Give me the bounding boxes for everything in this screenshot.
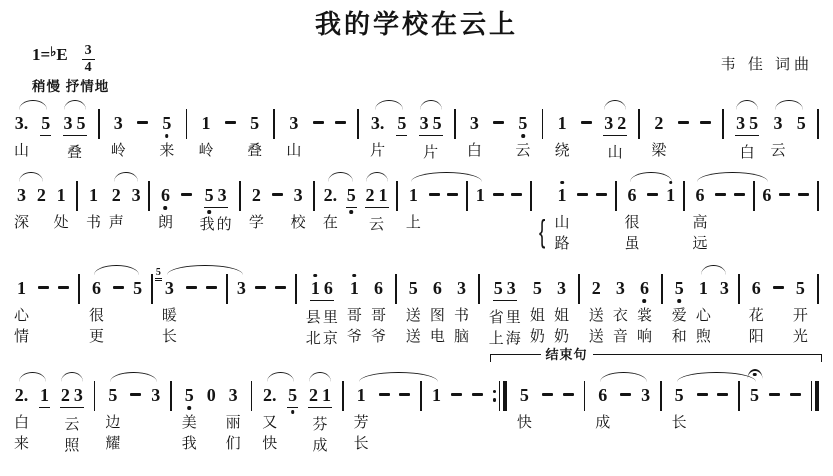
note-token: 2学 [249, 184, 264, 253]
note-token [779, 184, 790, 253]
tempo-marking: 稍慢 抒情地 [32, 75, 819, 95]
slur-or-tie [328, 172, 353, 182]
lyric-syllable: 电 [430, 327, 445, 346]
note: 5 [162, 112, 171, 134]
lyric-syllable: 很 [625, 213, 640, 232]
barline [148, 181, 150, 211]
time-signature: 3 4 [82, 44, 95, 76]
note-figure: 6 [628, 184, 637, 206]
lyric-syllable: 长 [162, 327, 177, 346]
note-figure: 23 [60, 384, 84, 408]
lyric-syllable: 长 [672, 413, 687, 432]
slur-or-tie [600, 372, 647, 382]
note-token: 5叠 [247, 112, 262, 160]
note-figure: 5 [250, 112, 259, 134]
note: 6 [433, 277, 442, 299]
note-figure: 32 [603, 112, 627, 136]
note-token [798, 184, 809, 253]
beat-dash [493, 121, 504, 124]
note-token: 2.又快 [262, 384, 277, 453]
lyric-syllable: 哥 [347, 306, 362, 325]
beat-dash [225, 121, 236, 124]
lyric-syllable: 片 [370, 141, 385, 160]
repeat-dots [493, 390, 497, 402]
note: 3 [616, 277, 625, 299]
note-figure [542, 384, 553, 406]
note-figure [790, 384, 801, 406]
notation-items: 2.白来123云照5边耀35美我03丽们2.又快521芬成1芳长15快6成35长… [14, 384, 819, 455]
lyric-syllable: 县 [306, 308, 321, 327]
lyric-syllable: 响 [637, 327, 652, 346]
note-token: 3深 [14, 184, 29, 253]
note-token: 53我的 [200, 184, 232, 255]
barline [722, 109, 724, 139]
note-figure: 2 [252, 184, 261, 206]
barline [738, 381, 740, 411]
lyric-syllable: 暖 [162, 306, 177, 325]
beat-dash [113, 286, 124, 289]
meter-denominator: 4 [85, 60, 92, 76]
note: 5 [250, 112, 259, 134]
note-figure [272, 184, 283, 206]
slur [64, 100, 86, 110]
beat-dash [447, 193, 458, 196]
note-figure [620, 384, 631, 406]
slur-or-tie [697, 172, 768, 182]
note: 1 [17, 277, 26, 299]
note-figure: 5 [287, 384, 298, 408]
note-figure: 6 [640, 277, 649, 299]
beat-dash [790, 393, 801, 396]
ending-phrase-bracket: 结束句 [490, 354, 822, 362]
note-token: 3岭 [111, 112, 126, 160]
note: 6 [628, 184, 637, 206]
note: 1 [57, 184, 66, 206]
note: 2 [654, 112, 663, 134]
note-figure: 2 [112, 184, 121, 206]
note-figure: 6 [374, 277, 383, 299]
note: 3 [457, 277, 466, 299]
note: 5 [796, 277, 805, 299]
note-figure: 5 [346, 184, 357, 208]
note-figure: 3 [289, 112, 298, 134]
note-token: 3云 [770, 112, 785, 160]
note-token: 6 [762, 184, 771, 253]
notation-line-4: 结束句 2.白来123云照5边耀35美我03丽们2.又快521芬成1芳长15快6… [14, 353, 819, 455]
note-figure: 3 [457, 277, 466, 299]
note-figure: 3 [229, 384, 238, 406]
note-token: 21芬成 [308, 384, 332, 455]
note: 2 [366, 184, 375, 206]
note-figure [38, 277, 49, 299]
note-figure [225, 112, 236, 134]
note-token: 5 [346, 184, 357, 255]
note-figure: 35 [735, 112, 759, 136]
note: 5 [77, 112, 86, 134]
note: 3 [229, 384, 238, 406]
lyric-syllable: 声 [109, 213, 124, 232]
note-figure: 1 [89, 184, 98, 206]
note: 2. [15, 384, 29, 406]
barline [478, 274, 480, 304]
barline [396, 181, 398, 211]
note-figure: 21 [308, 384, 332, 408]
barline [578, 274, 580, 304]
note-figure: 2. [263, 384, 277, 406]
note-token: 1芳长 [354, 384, 369, 453]
note-token: 3校 [291, 184, 306, 253]
note-token: 1 [666, 184, 675, 253]
note-token: 0 [207, 384, 216, 453]
note-figure: 3 [773, 112, 782, 134]
lyric-syllable: 处 [54, 213, 69, 232]
note: 3 [114, 112, 123, 134]
note-token: 2声 [109, 184, 124, 253]
note-figure [399, 384, 410, 406]
note: 5 [397, 112, 406, 134]
beat-dash [769, 393, 780, 396]
notation-line-2: 3深21处1书2声36朗53我的2学3校2.在521云1上1{1山路6很虽16高… [14, 167, 819, 255]
note: 2 [112, 184, 121, 206]
note-token: 5长 [672, 384, 687, 453]
beat-dash [779, 193, 790, 196]
lyric-syllable: 岭 [111, 141, 126, 160]
note: 3 [237, 277, 246, 299]
barline-thick [503, 381, 507, 411]
note: 3 [74, 384, 83, 406]
slur [736, 100, 758, 110]
lyric-syllable: 校 [291, 213, 306, 232]
note-token: 5 [797, 112, 806, 160]
note-figure [379, 384, 390, 406]
note: 3 [289, 112, 298, 134]
note-figure: 3. [371, 112, 385, 134]
note-token [717, 384, 728, 453]
barline [817, 181, 819, 211]
lyric-syllable: 脑 [454, 327, 469, 346]
lyric-syllable: 我的 [200, 215, 232, 234]
lyric-syllable: 梁 [651, 141, 666, 160]
note: 5 [675, 384, 684, 406]
barline [170, 381, 172, 411]
note-token: 1心煦 [696, 277, 711, 346]
note-figure: 5 [518, 112, 527, 134]
note-token [577, 184, 588, 253]
lyric-syllable: 送 [589, 306, 604, 325]
barline [466, 181, 468, 211]
barline [817, 109, 819, 139]
beat-dash [275, 286, 286, 289]
lyric-syllable: 爱 [672, 306, 687, 325]
beat-dash [577, 193, 588, 196]
lyric-syllable: 奶 [554, 327, 569, 346]
note-figure: 6 [598, 384, 607, 406]
slur-or-tie [677, 372, 756, 382]
note-token: 35叠 [63, 112, 87, 162]
lyric-syllable: 长 [354, 434, 369, 453]
note: 1 [311, 277, 320, 299]
lyric-syllable: 成 [313, 436, 328, 455]
note: 3 [294, 184, 303, 206]
note-token: 1书 [86, 184, 101, 253]
repeat-barline [493, 381, 507, 411]
flat-icon: ♭ [50, 44, 56, 59]
note: 3 [17, 184, 26, 206]
beat-dash [272, 193, 283, 196]
beat-dash [511, 193, 522, 196]
note-token [697, 384, 708, 453]
lyric-syllable: 京 [323, 329, 338, 348]
note-figure: 1 [202, 112, 211, 134]
barline [638, 109, 640, 139]
note: 5 [108, 384, 117, 406]
note-figure: 3 [237, 277, 246, 299]
octave-dot-below [187, 406, 191, 410]
note-token: 3白 [467, 112, 482, 160]
lyric-syllable: 阳 [749, 327, 764, 346]
beat-dash [596, 193, 607, 196]
note-figure [255, 277, 266, 299]
note-figure: 2 [592, 277, 601, 299]
beat-dash [206, 286, 217, 289]
note-figure [715, 184, 726, 206]
brace-icon: { [539, 211, 545, 252]
note-figure: 1 [666, 184, 675, 206]
beat-dash [563, 393, 574, 396]
note-token: 5边耀 [105, 384, 120, 453]
note: 3 [604, 112, 613, 134]
note: 3 [507, 277, 516, 299]
note-figure [451, 384, 462, 406]
note-token [493, 112, 504, 160]
note-token [472, 384, 483, 453]
note-figure: 1 [57, 184, 66, 206]
slur-or-tie [701, 265, 726, 275]
note-figure [335, 112, 346, 134]
note-figure: 1 [432, 384, 441, 406]
lyric-syllable: 高 [692, 213, 707, 232]
note-token: 1 [39, 384, 50, 455]
final-barline [811, 381, 819, 411]
note-token [581, 112, 592, 160]
note-figure [275, 277, 286, 299]
note: 5 [518, 112, 527, 134]
barline [420, 381, 422, 411]
note-token: 2.白来 [14, 384, 29, 453]
note-token [451, 384, 462, 453]
note: 3 [470, 112, 479, 134]
lyric-syllable: 快 [517, 413, 532, 432]
barline [76, 181, 78, 211]
note: 1 [558, 184, 567, 206]
note-figure: 35 [419, 112, 443, 136]
note-token [734, 184, 745, 253]
barline [151, 274, 153, 304]
beat-dash [697, 393, 708, 396]
note-token: 3 [151, 384, 160, 453]
lyric-syllable: 上海 [489, 329, 521, 348]
lyric-syllable: 花 [749, 306, 764, 325]
lyric-syllable: 来 [14, 434, 29, 453]
lyric-syllable: 芬 [313, 415, 328, 434]
note-token: 6裳响 [637, 277, 652, 346]
note-figure: 53 [165, 277, 174, 299]
note-token: 3.片 [370, 112, 385, 160]
note-token [542, 384, 553, 453]
note-token: 6高远 [692, 184, 707, 253]
note: 3 [165, 277, 174, 299]
note-figure: 3 [616, 277, 625, 299]
octave-dot-below [207, 210, 211, 214]
key-and-meter: 1=♭E 3 4 [32, 43, 95, 76]
note-token: 6很虽 [625, 184, 640, 253]
lyric-syllable: 情 [14, 327, 29, 346]
lyric-syllable: 芳 [354, 413, 369, 432]
note-token [186, 277, 197, 346]
barline [661, 274, 663, 304]
lyric-syllable: 和 [672, 327, 687, 346]
lyric-syllable: 爷 [347, 327, 362, 346]
lyric-syllable: 我 [200, 215, 215, 234]
note-token: 1 [476, 184, 485, 253]
note-figure [697, 384, 708, 406]
note-token: 5 [133, 277, 142, 346]
octave-dot-below [291, 410, 295, 414]
lyric-syllable: 很 [89, 306, 104, 325]
note-figure: 16 [310, 277, 334, 301]
octave-dot-below [643, 299, 647, 303]
lyric-syllable: 云 [770, 141, 785, 160]
note-figure: 1 [357, 384, 366, 406]
note-token [769, 384, 780, 453]
note: 1 [89, 184, 98, 206]
note: 3 [557, 277, 566, 299]
note-token: 3丽们 [226, 384, 241, 453]
note-figure [596, 184, 607, 206]
lyric-syllable: 北 [306, 329, 321, 348]
note: 6 [324, 277, 333, 299]
note-figure: 5 [40, 112, 51, 136]
note-token: 5 [750, 384, 759, 453]
note: 3 [720, 277, 729, 299]
note: 3 [420, 112, 429, 134]
lyric-syllable: 边 [105, 413, 120, 432]
note-token: 6图电 [430, 277, 445, 346]
note-token [275, 277, 286, 346]
note-figure: 3 [294, 184, 303, 206]
lyric-syllable: 心 [696, 306, 711, 325]
note-token: 1绕 [555, 112, 570, 160]
note-figure [493, 112, 504, 134]
beat-dash [399, 393, 410, 396]
barline [94, 381, 96, 411]
note-token [678, 112, 689, 160]
note-figure: 1 [39, 384, 50, 408]
note-figure [769, 384, 780, 406]
note-token: 32山 [603, 112, 627, 162]
note-figure: 1 [350, 277, 359, 299]
beat-dash [38, 286, 49, 289]
barline [357, 109, 359, 139]
note: 5 [41, 112, 50, 134]
note-token: 1上 [406, 184, 421, 253]
note-figure: 1 [476, 184, 485, 206]
note-figure: 3 [470, 112, 479, 134]
beat-dash [379, 393, 390, 396]
lyric-syllable: 开 [793, 306, 808, 325]
note: 3 [132, 184, 141, 206]
note: 6 [695, 184, 704, 206]
octave-dot-above [560, 181, 564, 185]
note-figure [113, 277, 124, 299]
note: 2 [61, 384, 70, 406]
barline [817, 274, 819, 304]
note-token [429, 184, 440, 253]
octave-dot-above [669, 181, 673, 185]
beat-dash [581, 121, 592, 124]
note: 2 [592, 277, 601, 299]
note-figure [577, 184, 588, 206]
note-figure: 1 [699, 277, 708, 299]
lyric-syllable: 远 [692, 234, 707, 253]
note-token: 6花阳 [749, 277, 764, 346]
note: 6 [374, 277, 383, 299]
note-figure: 5 [409, 277, 418, 299]
lyric-syllable: 书 [86, 213, 101, 232]
lyric-syllable: 快 [262, 434, 277, 453]
note-figure [717, 384, 728, 406]
ending-phrase-label: 结束句 [541, 346, 593, 363]
lyric-syllable: 在 [323, 213, 338, 232]
note: 5 [520, 384, 529, 406]
beat-dash [181, 193, 192, 196]
note: 6 [640, 277, 649, 299]
octave-dot-below [165, 134, 169, 138]
note: 5 [494, 277, 503, 299]
note-token [647, 184, 658, 253]
note-figure [773, 277, 784, 299]
note-token: 53省里上海 [489, 277, 521, 348]
lyric-syllable: 里 [506, 308, 521, 327]
slur-or-tie [19, 172, 43, 182]
note-token [493, 184, 504, 253]
lyric-syllable: 云 [515, 141, 530, 160]
slur-or-tie [167, 265, 243, 275]
lyric-syllable: 更 [89, 327, 104, 346]
lyric-syllable: 又 [262, 413, 277, 432]
note-token: 5 [287, 384, 298, 455]
note-figure: 3 [720, 277, 729, 299]
barline-thin [811, 381, 813, 411]
note-figure [206, 277, 217, 299]
slur-or-tie [19, 372, 46, 382]
note: 1 [350, 277, 359, 299]
beat-dash [715, 193, 726, 196]
note: 1 [476, 184, 485, 206]
note-token: 23云照 [60, 384, 84, 455]
lyric-syllable: 丽 [226, 413, 241, 432]
lyric-syllable: 耀 [105, 434, 120, 453]
slur-or-tie [114, 172, 138, 182]
lyric-syllable: 白 [467, 141, 482, 160]
note-figure: 6 [752, 277, 761, 299]
lyric-syllable: 绕 [555, 141, 570, 160]
notation-line-3: 1心情6很更553暖长316县里北京1哥爷6哥爷5送送6图电3书脑53省里上海5… [14, 260, 819, 348]
note-figure [186, 277, 197, 299]
lyric-syllable: 的 [217, 215, 232, 234]
note-figure: 53 [204, 184, 228, 208]
barline [313, 181, 315, 211]
